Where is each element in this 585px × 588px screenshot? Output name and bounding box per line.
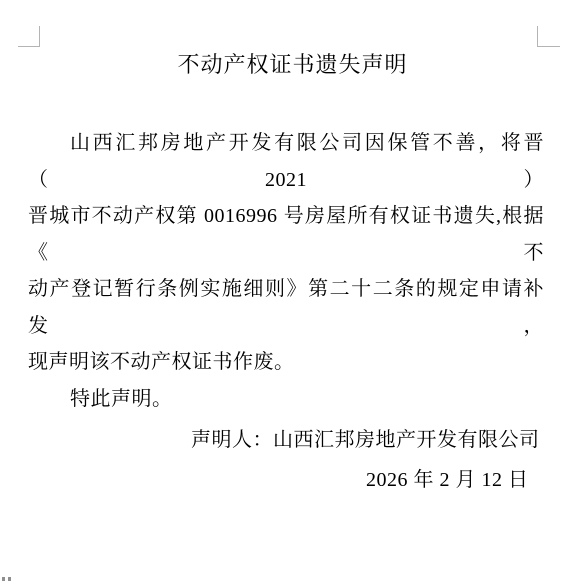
- signature-declarant: 声明人：山西汇邦房地产开发有限公司: [191, 423, 540, 452]
- paragraph1-line-1: 山西汇邦房地产开发有限公司因保管不善，将晋（2021）: [28, 125, 544, 198]
- paragraph2-line: 特此声明。: [28, 381, 544, 418]
- artifact-dot-icon: [8, 577, 11, 581]
- crop-mark-top-right-icon: [537, 26, 560, 47]
- document-title: 不动产权证书遗失声明: [0, 48, 585, 79]
- crop-mark-top-left-icon: [18, 26, 40, 47]
- document-body: 山西汇邦房地产开发有限公司因保管不善，将晋（2021） 晋城市不动产权第 001…: [28, 125, 544, 417]
- document-page: 不动产权证书遗失声明 山西汇邦房地产开发有限公司因保管不善，将晋（2021） 晋…: [0, 0, 585, 588]
- paragraph1-line-2: 晋城市不动产权第 0016996 号房屋所有权证书遗失,根据《不: [28, 198, 544, 271]
- page-bottom-artifacts: [2, 577, 11, 581]
- paragraph1-line-3: 动产登记暂行条例实施细则》第二十二条的规定申请补发，: [28, 271, 544, 344]
- paragraph1-line-4: 现声明该不动产权证书作废。: [28, 344, 544, 381]
- artifact-dot-icon: [2, 577, 5, 581]
- signature-date: 2026 年 2 月 12 日: [366, 463, 529, 492]
